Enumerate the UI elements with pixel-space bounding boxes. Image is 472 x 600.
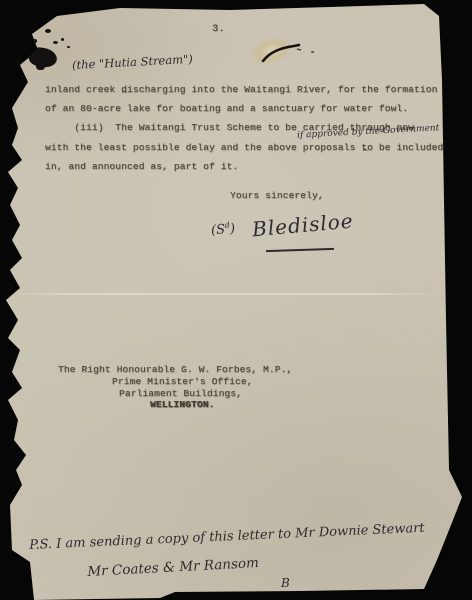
body-line: with the least possible delay and the ab… xyxy=(45,138,443,157)
document-page: 3. (the "Hutia Stream") ^ inland creek d… xyxy=(0,0,472,600)
paper-speck xyxy=(53,41,58,44)
paper-speck xyxy=(311,51,314,53)
recipient-city: WELLINGTON. xyxy=(150,399,292,411)
signature-underline xyxy=(266,248,334,252)
page-number: 3. xyxy=(212,23,225,35)
paper-speck xyxy=(45,29,51,33)
paper-speck xyxy=(33,39,37,43)
scanned-letter-photo: 3. (the "Hutia Stream") ^ inland creek d… xyxy=(0,0,472,600)
paper-speck xyxy=(61,38,64,41)
signature-bledisloe: Bledisloe xyxy=(251,209,354,242)
recipient-line: The Right Honourable G. W. Forbes, M.P., xyxy=(58,364,292,376)
fold-crease xyxy=(10,293,440,295)
paper-speck xyxy=(42,54,45,57)
postscript-initial: B xyxy=(281,576,290,590)
handwritten-hutia-stream-insert: (the "Hutia Stream") xyxy=(72,52,193,72)
paper-speck xyxy=(22,11,27,18)
signed-abbrev-open: (S xyxy=(210,222,225,238)
recipient-line: Prime Minister's Office, xyxy=(112,376,292,388)
recipient-address: The Right Honourable G. W. Forbes, M.P.,… xyxy=(58,364,292,411)
signed-abbrev-close: ) xyxy=(229,221,235,236)
insertion-caret: ^ xyxy=(362,148,369,157)
valediction: Yours sincerely, xyxy=(230,190,324,201)
signed-abbreviation: (Sd) xyxy=(210,220,235,238)
body-line: of an 80-acre lake for boating and a san… xyxy=(45,99,443,118)
body-line: in, and announced as, part of it. xyxy=(45,157,443,176)
ink-blot-tail xyxy=(36,63,45,70)
pen-slash-mark xyxy=(260,43,304,65)
postscript-line-1: P.S. I am sending a copy of this letter … xyxy=(29,521,425,553)
recipient-line: Parliament Buildings, xyxy=(119,388,292,400)
postscript-line-2: Mr Coates & Mr Ransom xyxy=(87,555,259,580)
paper-speck xyxy=(30,24,33,27)
paper-speck xyxy=(67,46,70,48)
body-line: inland creek discharging into the Waitan… xyxy=(45,80,443,99)
